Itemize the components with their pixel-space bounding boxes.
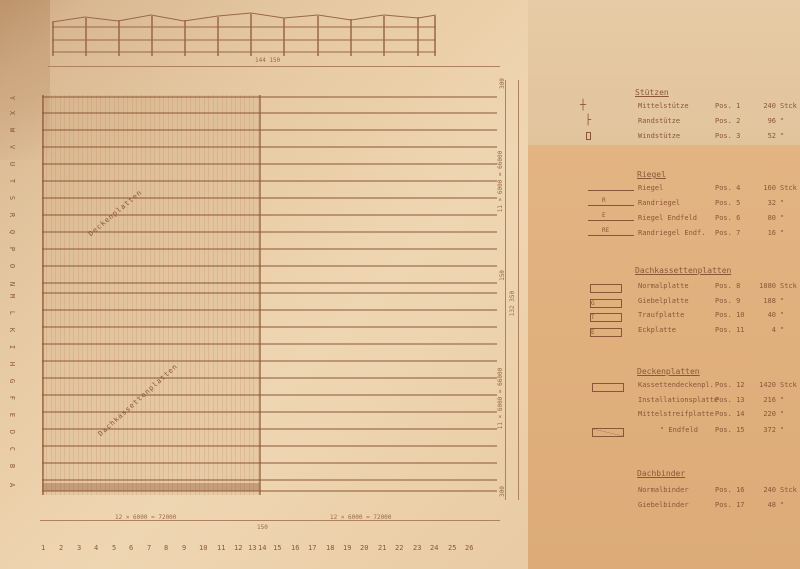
wall-column-icon — [586, 132, 591, 140]
row-letter: X — [8, 111, 16, 115]
right-dim-bottom: 300 — [499, 486, 506, 497]
end-beam-line-icon: E — [588, 220, 634, 221]
beam-line-icon — [588, 190, 634, 191]
right-dim-upper: 11 × 6000 = 66000 — [497, 151, 504, 212]
row-letter: D — [8, 430, 16, 434]
column-number: 13 — [248, 544, 256, 552]
ceiling-plate-icon — [592, 383, 624, 392]
legend-row: ├ Randstütze Pos. 2 96 " — [560, 117, 800, 129]
column-number: 16 — [291, 544, 299, 552]
row-letter: T — [8, 179, 16, 183]
edge-end-beam-line-icon: RE — [588, 235, 634, 236]
row-letter: I — [8, 345, 16, 349]
row-letter: Y — [8, 96, 16, 100]
right-dimension-line — [505, 80, 506, 500]
corner-plate-icon: E — [590, 328, 622, 337]
row-letter: S — [8, 196, 16, 200]
bottom-dim-right: 12 × 6000 = 72000 — [330, 514, 391, 521]
column-number: 22 — [395, 544, 403, 552]
end-field-plate-icon — [592, 428, 624, 437]
column-number: 7 — [147, 544, 151, 552]
row-letter: Q — [8, 230, 16, 234]
legend-row: G Giebelplatte Pos. 9 188 " — [560, 297, 800, 309]
row-letter: A — [8, 483, 16, 487]
column-number: 9 — [182, 544, 186, 552]
legend-row: Normalbinder Pos. 16 240 Stck — [560, 486, 800, 498]
legend-row: Kassettendeckenpl. Pos. 12 1420 Stck — [560, 381, 800, 393]
row-letter: M — [8, 294, 16, 298]
column-number: 19 — [343, 544, 351, 552]
column-number: 24 — [430, 544, 438, 552]
row-letter: W — [8, 128, 16, 132]
eaves-plate-icon: T — [590, 313, 622, 322]
legend-title-deckenplatten: Deckenplatten — [637, 367, 700, 376]
legend-title-dachbinder: Dachbinder — [637, 469, 685, 478]
column-number: 12 — [234, 544, 242, 552]
edge-column-icon: ├ — [585, 115, 591, 126]
row-letter: G — [8, 379, 16, 383]
column-number: 8 — [164, 544, 168, 552]
legend-row: Riegel Pos. 4 160 Stck — [560, 184, 800, 196]
right-dim-mid: 150 — [499, 270, 506, 281]
column-number: 20 — [360, 544, 368, 552]
edge-beam-line-icon: R — [588, 205, 634, 206]
right-dimension-line-outer — [518, 80, 519, 500]
legend-row: Windstütze Pos. 3 52 " — [560, 132, 800, 144]
row-letter: R — [8, 213, 16, 217]
legend-row: ┼ Mittelstütze Pos. 1 240 Stck — [560, 102, 800, 114]
column-number: 21 — [378, 544, 386, 552]
normal-plate-icon — [590, 284, 622, 293]
legend-title-dachkassettenplatten: Dachkassettenplatten — [635, 266, 731, 275]
top-dimension-line — [48, 66, 500, 67]
row-letter: L — [8, 311, 16, 315]
column-number: 4 — [94, 544, 98, 552]
row-letter: U — [8, 162, 16, 166]
row-letter: F — [8, 396, 16, 400]
column-number: 17 — [308, 544, 316, 552]
legend-title-riegel: Riegel — [637, 170, 666, 179]
row-letter: H — [8, 362, 16, 366]
legend-row: Mittelstreifplatte Pos. 14 220 " — [560, 410, 800, 422]
right-dim-top: 300 — [499, 78, 506, 89]
column-number: 1 — [41, 544, 45, 552]
column-number: 2 — [59, 544, 63, 552]
legend-row: R Randriegel Pos. 5 32 " — [560, 199, 800, 211]
legend-row: Normalplatte Pos. 8 1880 Stck — [560, 282, 800, 294]
column-number: 25 — [448, 544, 456, 552]
legend-row: E Riegel Endfeld Pos. 6 80 " — [560, 214, 800, 226]
column-number: 6 — [129, 544, 133, 552]
legend-row: RE Randriegel Endf. Pos. 7 16 " — [560, 229, 800, 241]
legend-title-stuetzen: Stützen — [635, 88, 669, 97]
legend-row: Installationsplatte Pos. 13 216 " — [560, 396, 800, 408]
column-number: 26 — [465, 544, 473, 552]
bottom-dim-gap: 150 — [257, 524, 268, 531]
row-letter: O — [8, 264, 16, 268]
column-number: 18 — [326, 544, 334, 552]
legend-row: " Endfeld Pos. 15 372 " — [560, 426, 800, 438]
bottom-dimension-line — [40, 520, 500, 521]
row-letter: N — [8, 282, 16, 286]
column-number: 3 — [77, 544, 81, 552]
column-number: 14 — [258, 544, 266, 552]
column-number: 23 — [413, 544, 421, 552]
legend-row: Giebelbinder Pos. 17 48 " — [560, 501, 800, 513]
bottom-dim-left: 12 × 6000 = 72000 — [115, 514, 176, 521]
legend-row: E Eckplatte Pos. 11 4 " — [560, 326, 800, 338]
cross-column-icon: ┼ — [580, 100, 586, 111]
row-letter: E — [8, 413, 16, 417]
row-letter: C — [8, 447, 16, 451]
legend-row: T Traufplatte Pos. 10 40 " — [560, 311, 800, 323]
right-dim-total: 132 350 — [509, 291, 516, 316]
column-number: 15 — [273, 544, 281, 552]
frame-elevation-drawing — [50, 12, 440, 56]
column-number: 10 — [199, 544, 207, 552]
row-letter: K — [8, 328, 16, 332]
column-number: 11 — [217, 544, 225, 552]
floor-plan-grid — [42, 95, 497, 495]
column-number: 5 — [112, 544, 116, 552]
right-dim-lower: 11 × 6000 = 66000 — [497, 368, 504, 429]
row-letter: P — [8, 247, 16, 251]
row-letter: V — [8, 145, 16, 149]
top-dimension-label: 144 150 — [255, 57, 280, 64]
gable-plate-icon: G — [590, 299, 622, 308]
row-letter: B — [8, 464, 16, 468]
